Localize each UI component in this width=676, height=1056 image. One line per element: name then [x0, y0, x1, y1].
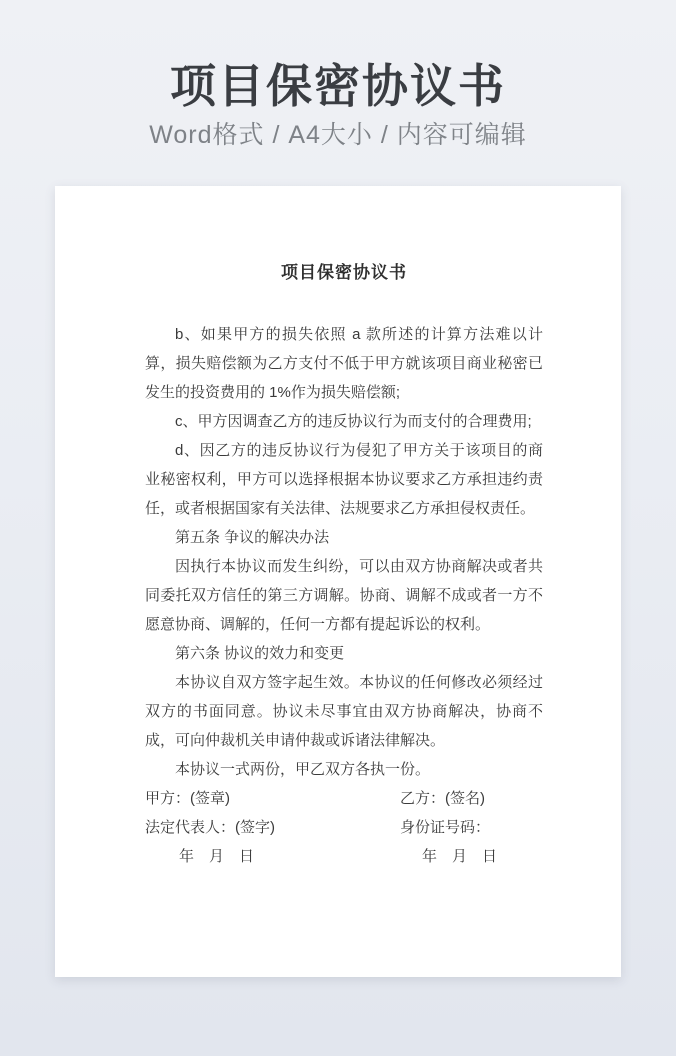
document-content: 项目保密协议书 b、如果甲方的损失依照 a 款所述的计算方法难以计算，损失赔偿额…	[55, 186, 621, 871]
paragraph-effectiveness: 本协议自双方签字起生效。本协议的任何修改必须经过双方的书面同意。协议未尽事宜由双…	[145, 668, 543, 755]
party-b-date-label: 年 月 日	[400, 842, 543, 871]
page-header: 项目保密协议书 Word格式 / A4大小 / 内容可编辑	[0, 0, 676, 150]
paragraph-b: b、如果甲方的损失依照 a 款所述的计算方法难以计算，损失赔偿额为乙方支付不低于…	[145, 320, 543, 407]
paragraph-copies: 本协议一式两份，甲乙双方各执一份。	[145, 755, 543, 784]
signature-row-representative: 法定代表人：(签字) 身份证号码：	[145, 813, 543, 842]
signature-row-dates: 年 月 日 年 月 日	[145, 842, 543, 871]
document-title: 项目保密协议书	[145, 262, 543, 284]
party-a-signature-label: 甲方：(签章)	[145, 784, 400, 813]
signature-block: 甲方：(签章) 乙方：(签名) 法定代表人：(签字) 身份证号码： 年 月 日 …	[145, 784, 543, 871]
section-heading-article-5: 第五条 争议的解决办法	[145, 523, 543, 552]
document-sheet: 项目保密协议书 b、如果甲方的损失依照 a 款所述的计算方法难以计算，损失赔偿额…	[55, 186, 621, 977]
id-number-label: 身份证号码：	[400, 813, 543, 842]
paragraph-c: c、甲方因调查乙方的违反协议行为而支付的合理费用;	[145, 407, 543, 436]
party-a-date-label: 年 月 日	[145, 842, 400, 871]
party-b-signature-label: 乙方：(签名)	[400, 784, 543, 813]
paragraph-d: d、因乙方的违反协议行为侵犯了甲方关于该项目的商业秘密权利，甲方可以选择根据本协…	[145, 436, 543, 523]
paragraph-dispute-resolution: 因执行本协议而发生纠纷，可以由双方协商解决或者共同委托双方信任的第三方调解。协商…	[145, 552, 543, 639]
page-subtitle: Word格式 / A4大小 / 内容可编辑	[0, 120, 676, 150]
legal-representative-label: 法定代表人：(签字)	[145, 813, 400, 842]
signature-row-parties: 甲方：(签章) 乙方：(签名)	[145, 784, 543, 813]
page-background: 项目保密协议书 Word格式 / A4大小 / 内容可编辑 项目保密协议书 b、…	[0, 0, 676, 1056]
page-title: 项目保密协议书	[0, 58, 676, 114]
section-heading-article-6: 第六条 协议的效力和变更	[145, 639, 543, 668]
